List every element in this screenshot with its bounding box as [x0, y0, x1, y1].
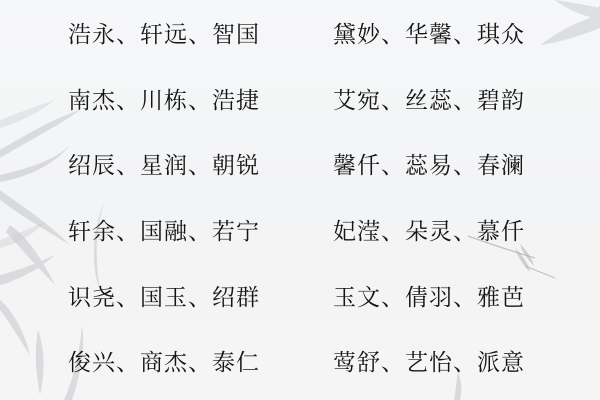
- boy-names-group: 南杰、川栋、浩捷: [68, 81, 260, 121]
- girl-names-group: 黛妙、华馨、琪众: [333, 15, 525, 55]
- girl-names-group: 馨仟、蕊易、春澜: [333, 146, 525, 186]
- girl-names-group: 玉文、倩羽、雅芭: [333, 278, 525, 318]
- girl-names-group: 妃滢、朵灵、慕仟: [333, 212, 525, 252]
- boy-names-group: 俊兴、商杰、泰仁: [68, 343, 260, 383]
- girl-names-group: 莺舒、艺怡、派意: [333, 343, 525, 383]
- girl-names-group: 艾宛、丝蕊、碧韵: [333, 81, 525, 121]
- boy-names-group: 浩永、轩远、智国: [68, 15, 260, 55]
- name-list: 浩永、轩远、智国 黛妙、华馨、琪众 南杰、川栋、浩捷 艾宛、丝蕊、碧韵 绍辰、星…: [0, 0, 600, 400]
- name-row: 识尧、国玉、绍群 玉文、倩羽、雅芭: [0, 278, 600, 318]
- boy-names-group: 轩余、国融、若宁: [68, 212, 260, 252]
- name-row: 俊兴、商杰、泰仁 莺舒、艺怡、派意: [0, 343, 600, 383]
- boy-names-group: 绍辰、星润、朝锐: [68, 146, 260, 186]
- boy-names-group: 识尧、国玉、绍群: [68, 278, 260, 318]
- name-row: 南杰、川栋、浩捷 艾宛、丝蕊、碧韵: [0, 81, 600, 121]
- name-row: 浩永、轩远、智国 黛妙、华馨、琪众: [0, 15, 600, 55]
- name-row: 轩余、国融、若宁 妃滢、朵灵、慕仟: [0, 212, 600, 252]
- name-row: 绍辰、星润、朝锐 馨仟、蕊易、春澜: [0, 146, 600, 186]
